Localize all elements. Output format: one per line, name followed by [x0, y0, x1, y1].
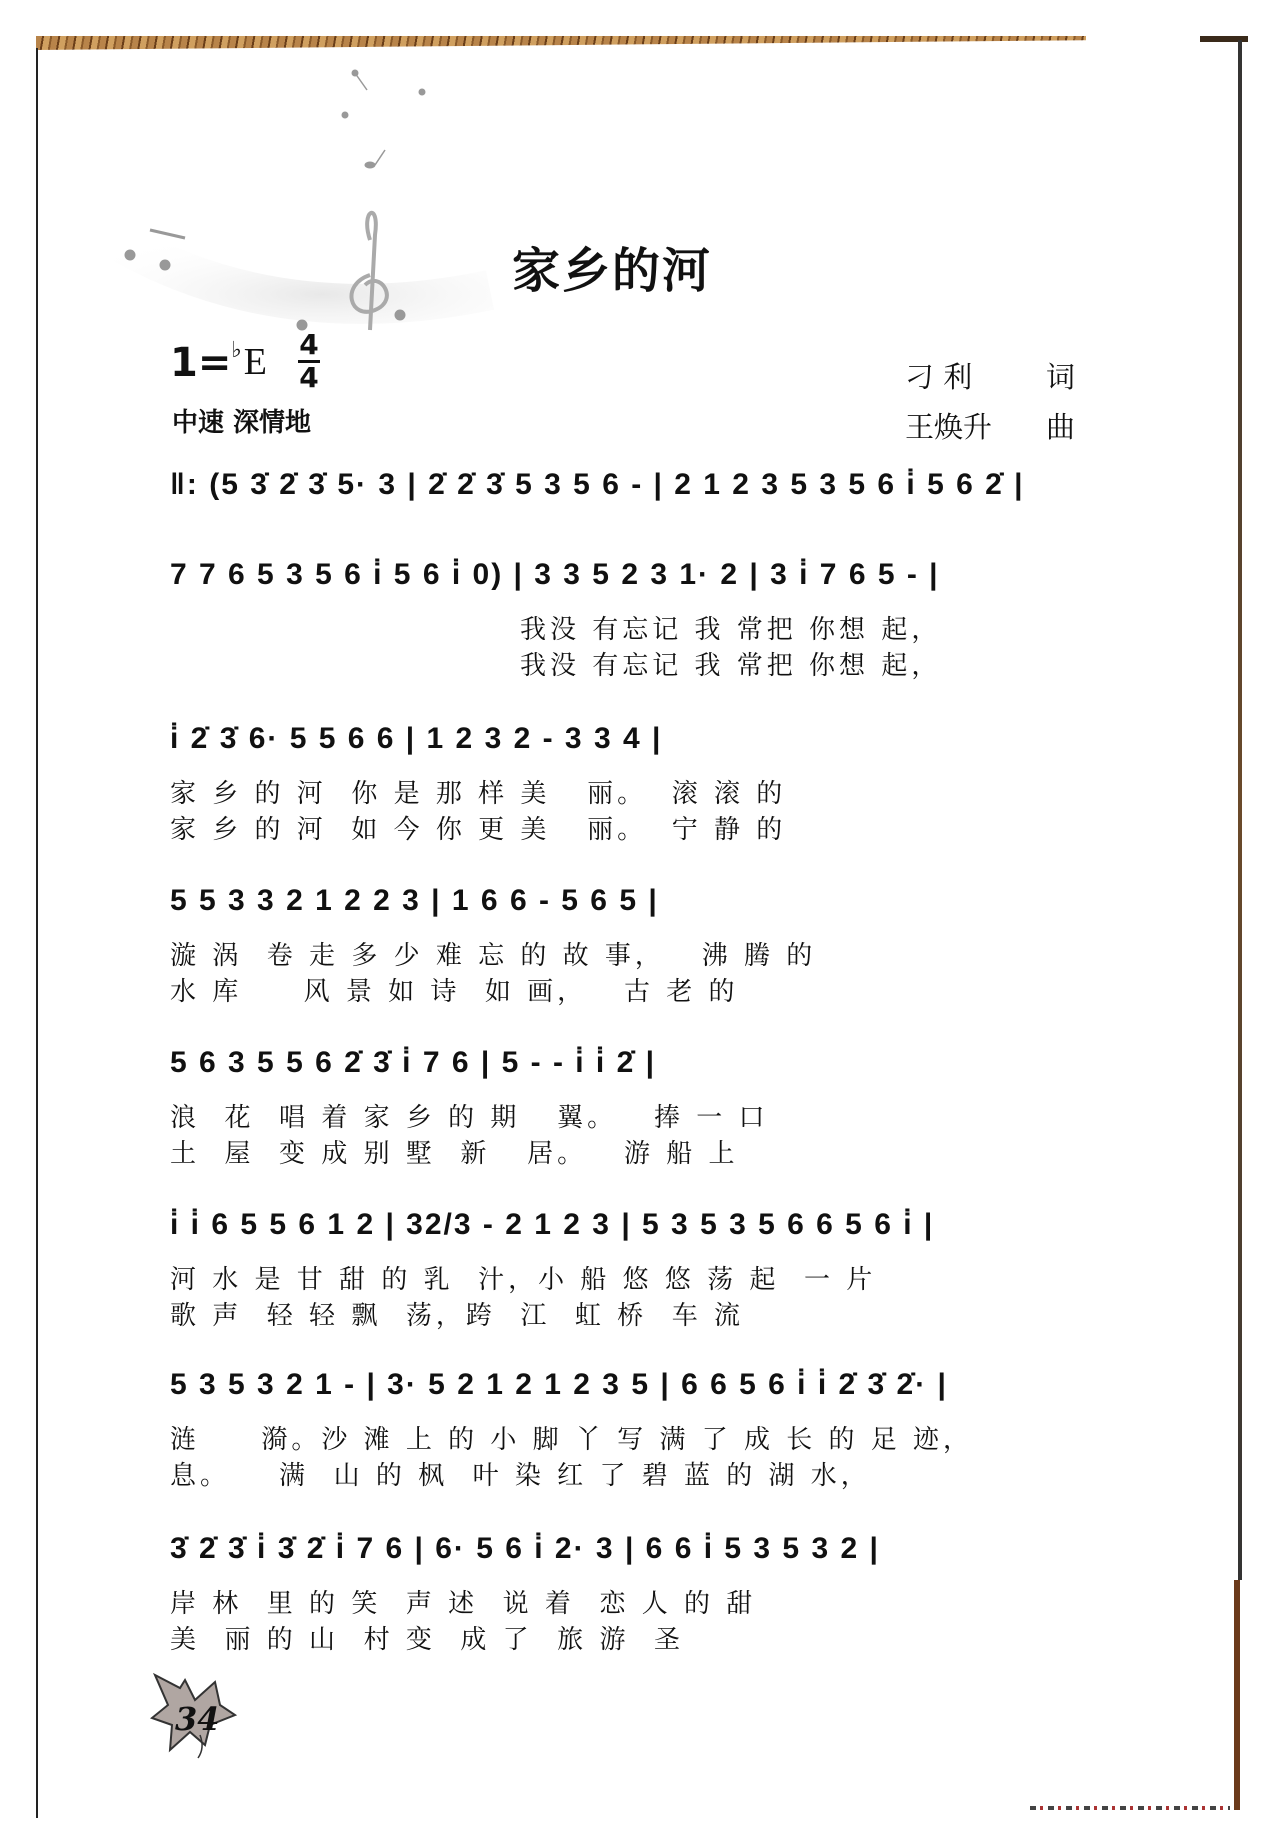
page-edge-right-lower [1234, 1580, 1240, 1810]
key-prefix: 1= [170, 340, 231, 386]
time-signature: 4 4 [298, 330, 320, 393]
flat-icon: ♭ [231, 338, 241, 363]
credits: 刁 利 词 王焕升 曲 [905, 352, 1075, 452]
score-line-4: 5 5 3 3 2 1 2 2 3 | 1 6 6 - 5 6 5 | 漩 涡 … [170, 878, 1080, 1010]
key-signature: 1= ♭ E [170, 340, 267, 386]
time-signature-bottom: 4 [298, 363, 320, 393]
notation-row: 3̇ 2̇ 3̇ i̇ 3̇ 2̇ i̇ 7 6 | 6· 5 6 i̇ 2· … [170, 1526, 1080, 1586]
notation-row: i̇ 2̇ 3̇ 6· 5 5 6 6 | 1 2 3 2 - 3 3 4 | [170, 716, 1080, 776]
lyricist-role: 词 [1046, 352, 1075, 402]
notation-text: 7 7 6 5 3 5 6 i̇ 5 6 i̇ 0) | 3 3 5 2 3 1… [170, 558, 940, 592]
composer-name: 王焕升 [905, 402, 992, 452]
lyric-verse-2: 歌 声 轻 轻 飘 荡，跨 江 虹 桥 车 流 [170, 1298, 1080, 1334]
music-notes-decoration-icon [70, 60, 500, 340]
notation-row: ‖: (5 3̇ 2̇ 3̇ 5· 3 | 2̇ 2̇ 3̇ 5 3 5 6 -… [170, 462, 1080, 522]
composer-role: 曲 [1046, 402, 1075, 452]
score-line-1: ‖: (5 3̇ 2̇ 3̇ 5· 3 | 2̇ 2̇ 3̇ 5 3 5 6 -… [170, 462, 1080, 522]
composer-credit: 王焕升 曲 [905, 402, 1075, 452]
song-title: 家乡的河 [512, 232, 712, 301]
score-line-2: 7 7 6 5 3 5 6 i̇ 5 6 i̇ 0) | 3 3 5 2 3 1… [170, 552, 1080, 684]
footer-marks [1030, 1806, 1230, 1810]
notation-text: 5 3 5 3 2 1 - | 3· 5 2 1 2 1 2 3 5 | 6 6… [170, 1368, 948, 1402]
notation-text: i̇ i̇ 6 5 5 6 1 2 | 32/3 - 2 1 2 3 | 5 3… [170, 1208, 934, 1242]
lyric-verse-1: 河 水 是 甘 甜 的 乳 汁，小 船 悠 悠 荡 起 一 片 [170, 1262, 1080, 1298]
lyric-verse-2: 我没 有忘记 我 常把 你想 起， [170, 648, 1080, 684]
lyric-verse-1: 浪 花 唱 着 家 乡 的 期 翼。 捧 一 口 [170, 1100, 1080, 1136]
lyric-verse-2: 土 屋 变 成 别 墅 新 居。 游 船 上 [170, 1136, 1080, 1172]
tempo-marking: 中速 深情地 [172, 402, 311, 439]
lyric-verse-2: 水 库 风 景 如 诗 如 画， 古 老 的 [170, 974, 1080, 1010]
score-line-6: i̇ i̇ 6 5 5 6 1 2 | 32/3 - 2 1 2 3 | 5 3… [170, 1202, 1080, 1334]
lyric-verse-2: 美 丽 的 山 村 变 成 了 旅 游 圣 [170, 1622, 1080, 1658]
notation-row: i̇ i̇ 6 5 5 6 1 2 | 32/3 - 2 1 2 3 | 5 3… [170, 1202, 1080, 1262]
lyric-verse-1: 家 乡 的 河 你 是 那 样 美 丽。 滚 滚 的 [170, 776, 1080, 812]
score-line-7: 5 3 5 3 2 1 - | 3· 5 2 1 2 1 2 3 5 | 6 6… [170, 1362, 1080, 1494]
notation-text: i̇ 2̇ 3̇ 6· 5 5 6 6 | 1 2 3 2 - 3 3 4 | [170, 722, 662, 756]
time-signature-top: 4 [298, 330, 320, 360]
notation-row: 5 3 5 3 2 1 - | 3· 5 2 1 2 1 2 3 5 | 6 6… [170, 1362, 1080, 1422]
key-note: E [244, 340, 267, 384]
page-number: 34 [175, 1700, 220, 1738]
lyric-verse-1: 涟 漪。沙 滩 上 的 小 脚 丫 写 满 了 成 长 的 足 迹， [170, 1422, 1080, 1458]
lyric-verse-1: 岸 林 里 的 笑 声 述 说 着 恋 人 的 甜 [170, 1586, 1080, 1622]
page-edge-left [36, 48, 38, 1818]
page-edge-right [1238, 40, 1242, 1580]
lyric-verse-1: 我没 有忘记 我 常把 你想 起， [170, 612, 1080, 648]
notation-row: 5 6 3 5 5 6 2̇ 3̇ i̇ 7 6 | 5 - - i̇ i̇ 2… [170, 1040, 1080, 1100]
lyric-verse-2: 息。 满 山 的 枫 叶 染 红 了 碧 蓝 的 湖 水， [170, 1458, 1080, 1494]
notation-text: 5 5 3 3 2 1 2 2 3 | 1 6 6 - 5 6 5 | [170, 884, 659, 918]
notation-row: 7 7 6 5 3 5 6 i̇ 5 6 i̇ 0) | 3 3 5 2 3 1… [170, 552, 1080, 612]
lyric-verse-2: 家 乡 的 河 如 今 你 更 美 丽。 宁 静 的 [170, 812, 1080, 848]
lyric-verse-1: 漩 涡 卷 走 多 少 难 忘 的 故 事， 沸 腾 的 [170, 938, 1080, 974]
notation-text: 3̇ 2̇ 3̇ i̇ 3̇ 2̇ i̇ 7 6 | 6· 5 6 i̇ 2· … [170, 1532, 880, 1566]
lyricist-credit: 刁 利 词 [905, 352, 1075, 402]
score-line-3: i̇ 2̇ 3̇ 6· 5 5 6 6 | 1 2 3 2 - 3 3 4 | … [170, 716, 1080, 848]
notation-text: ‖: (5 3̇ 2̇ 3̇ 5· 3 | 2̇ 2̇ 3̇ 5 3 5 6 -… [170, 468, 1025, 502]
lyricist-name: 刁 利 [905, 352, 972, 402]
score-line-5: 5 6 3 5 5 6 2̇ 3̇ i̇ 7 6 | 5 - - i̇ i̇ 2… [170, 1040, 1080, 1172]
notation-row: 5 5 3 3 2 1 2 2 3 | 1 6 6 - 5 6 5 | [170, 878, 1080, 938]
notation-text: 5 6 3 5 5 6 2̇ 3̇ i̇ 7 6 | 5 - - i̇ i̇ 2… [170, 1046, 656, 1080]
score-line-8: 3̇ 2̇ 3̇ i̇ 3̇ 2̇ i̇ 7 6 | 6· 5 6 i̇ 2· … [170, 1526, 1080, 1658]
